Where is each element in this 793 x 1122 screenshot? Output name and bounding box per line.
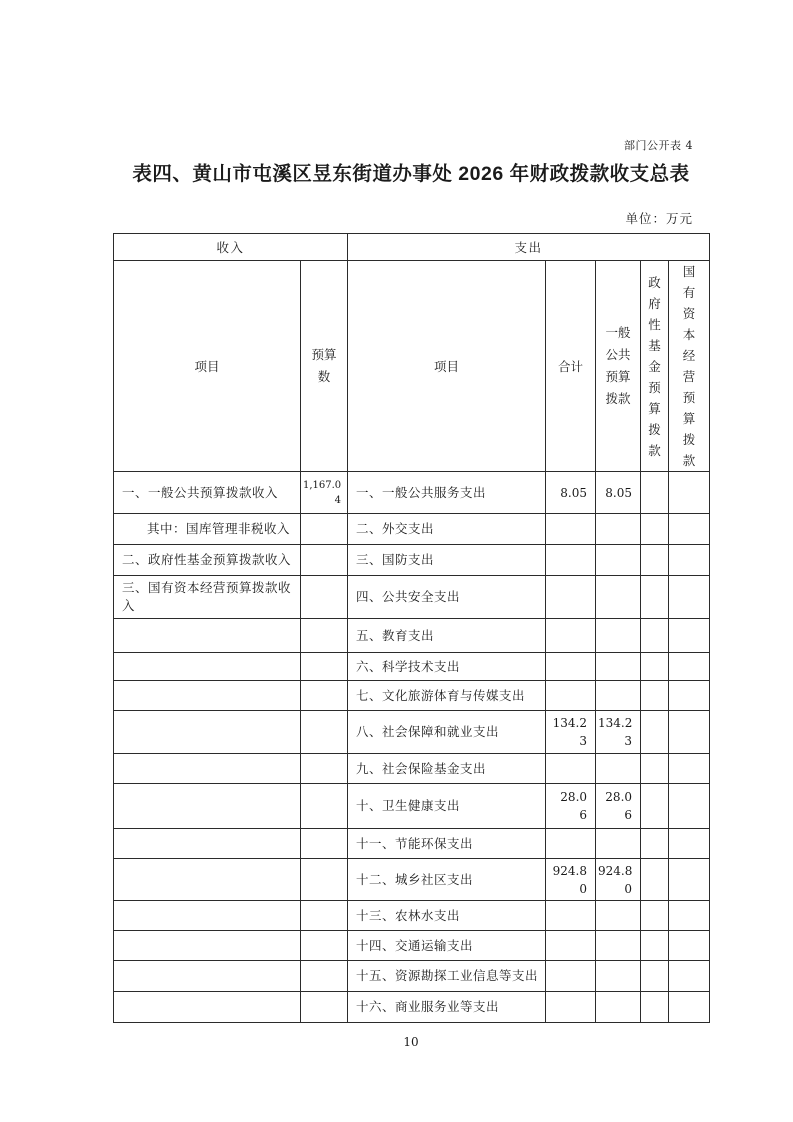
table-row: 六、科学技术支出 [114,653,710,681]
income-budget-cell [301,576,348,619]
table-row: 八、社会保障和就业支出134.23134.23 [114,711,710,754]
income-budget-cell [301,514,348,545]
exp-general-budget-cell [596,754,641,784]
exp-item-cell: 四、公共安全支出 [348,576,546,619]
income-item-cell: 三、国有资本经营预算拨款收入 [114,576,301,619]
exp-gov-fund-cell [641,472,669,514]
table-row: 十二、城乡社区支出924.80924.80 [114,859,710,901]
income-item-cell: 一、一般公共预算拨款收入 [114,472,301,514]
exp-total-cell [546,653,596,681]
exp-state-capital-cell [669,784,710,829]
exp-item-cell: 十五、资源勘探工业信息等支出 [348,961,546,992]
exp-item-cell: 三、国防支出 [348,545,546,576]
exp-total-cell [546,754,596,784]
income-item-cell [114,784,301,829]
col-header-income-item-label: 项目 [194,359,219,374]
income-budget-cell: 1,167.04 [301,472,348,514]
col-header-exp-state-capital-label: 国有资本经营预算拨款 [682,261,697,471]
exp-gov-fund-cell [641,961,669,992]
column-header-row: 项目 预算数 项目 合计 一般公共预算拨款 政府性基金预算拨 [114,261,710,472]
exp-state-capital-cell [669,514,710,545]
section-header-row: 收入 支出 [114,234,710,261]
exp-item-cell: 一、一般公共服务支出 [348,472,546,514]
exp-total-cell: 28.06 [546,784,596,829]
exp-item-cell: 十三、农林水支出 [348,901,546,931]
exp-gov-fund-cell [641,514,669,545]
exp-total-cell [546,931,596,961]
exp-gov-fund-cell [641,829,669,859]
exp-state-capital-cell [669,681,710,711]
exp-state-capital-cell [669,931,710,961]
exp-gov-fund-cell [641,681,669,711]
income-budget-cell [301,784,348,829]
income-budget-cell [301,829,348,859]
exp-item-cell: 七、文化旅游体育与传媒支出 [348,681,546,711]
exp-state-capital-cell [669,619,710,653]
exp-item-cell: 十二、城乡社区支出 [348,859,546,901]
exp-general-budget-cell: 134.23 [596,711,641,754]
income-item-cell [114,653,301,681]
col-header-income-item: 项目 [114,261,301,472]
table-row: 五、教育支出 [114,619,710,653]
col-header-exp-item-label: 项目 [434,359,459,374]
income-item-cell: 其中：国库管理非税收入 [114,514,301,545]
col-header-exp-gov-fund-label: 政府性基金预算拨款 [647,272,662,461]
page-title: 表四、黄山市屯溪区昱东街道办事处 2026 年财政拨款收支总表 [113,161,709,187]
exp-general-budget-cell: 8.05 [596,472,641,514]
col-header-exp-total: 合计 [546,261,596,472]
col-header-exp-general-label: 一般公共预算拨款 [604,322,633,410]
exp-item-cell: 十一、节能环保支出 [348,829,546,859]
exp-general-budget-cell [596,961,641,992]
income-item-cell [114,931,301,961]
income-item-cell [114,711,301,754]
income-budget-cell [301,961,348,992]
exp-total-cell [546,545,596,576]
income-item-cell [114,859,301,901]
table-row: 一、一般公共预算拨款收入1,167.04一、一般公共服务支出8.058.05 [114,472,710,514]
exp-total-cell [546,829,596,859]
income-item-cell [114,829,301,859]
exp-gov-fund-cell [641,754,669,784]
income-section-header: 收入 [114,234,348,261]
exp-general-budget-cell: 28.06 [596,784,641,829]
exp-total-cell [546,514,596,545]
exp-total-cell [546,619,596,653]
col-header-income-budget: 预算数 [301,261,348,472]
col-header-exp-gov-fund: 政府性基金预算拨款 [641,261,669,472]
exp-item-cell: 六、科学技术支出 [348,653,546,681]
content-area: 部门公开表 4 表四、黄山市屯溪区昱东街道办事处 2026 年财政拨款收支总表 … [113,0,709,1049]
exp-gov-fund-cell [641,576,669,619]
unit-note: 单位：万元 [113,211,709,226]
table-row: 十四、交通运输支出 [114,931,710,961]
income-item-cell [114,901,301,931]
exp-general-budget-cell [596,619,641,653]
table-row: 十一、节能环保支出 [114,829,710,859]
col-header-income-budget-label: 预算数 [310,344,339,388]
exp-state-capital-cell [669,754,710,784]
col-header-exp-state-capital: 国有资本经营预算拨款 [669,261,710,472]
exp-general-budget-cell [596,545,641,576]
income-budget-cell [301,711,348,754]
exp-item-cell: 十四、交通运输支出 [348,931,546,961]
exp-item-cell: 十、卫生健康支出 [348,784,546,829]
exp-general-budget-cell [596,514,641,545]
exp-general-budget-cell [596,576,641,619]
exp-state-capital-cell [669,901,710,931]
table-row: 三、国有资本经营预算拨款收入四、公共安全支出 [114,576,710,619]
exp-state-capital-cell [669,576,710,619]
exp-general-budget-cell [596,992,641,1023]
exp-total-cell [546,992,596,1023]
exp-state-capital-cell [669,653,710,681]
exp-total-cell [546,961,596,992]
table-row: 十五、资源勘探工业信息等支出 [114,961,710,992]
exp-state-capital-cell [669,829,710,859]
table-row: 十、卫生健康支出28.0628.06 [114,784,710,829]
expenditure-section-header: 支出 [348,234,710,261]
exp-gov-fund-cell [641,545,669,576]
income-budget-cell [301,931,348,961]
exp-gov-fund-cell [641,992,669,1023]
exp-gov-fund-cell [641,653,669,681]
exp-state-capital-cell [669,961,710,992]
table-row: 其中：国库管理非税收入二、外交支出 [114,514,710,545]
doc-tag: 部门公开表 4 [113,139,709,152]
income-budget-cell [301,619,348,653]
document-page: 部门公开表 4 表四、黄山市屯溪区昱东街道办事处 2026 年财政拨款收支总表 … [0,0,793,1122]
exp-state-capital-cell [669,711,710,754]
exp-item-cell: 八、社会保障和就业支出 [348,711,546,754]
table-row: 十三、农林水支出 [114,901,710,931]
income-item-cell [114,681,301,711]
col-header-exp-item: 项目 [348,261,546,472]
table-row: 十六、商业服务业等支出 [114,992,710,1023]
exp-gov-fund-cell [641,859,669,901]
income-budget-cell [301,545,348,576]
income-item-cell [114,992,301,1023]
income-item-cell [114,754,301,784]
exp-state-capital-cell [669,859,710,901]
exp-item-cell: 五、教育支出 [348,619,546,653]
income-budget-cell [301,992,348,1023]
income-item-cell [114,961,301,992]
exp-total-cell [546,901,596,931]
exp-gov-fund-cell [641,931,669,961]
exp-state-capital-cell [669,992,710,1023]
page-number: 10 [113,1035,709,1049]
exp-item-cell: 十六、商业服务业等支出 [348,992,546,1023]
exp-gov-fund-cell [641,784,669,829]
exp-gov-fund-cell [641,711,669,754]
exp-item-cell: 九、社会保险基金支出 [348,754,546,784]
exp-total-cell: 924.80 [546,859,596,901]
exp-state-capital-cell [669,545,710,576]
exp-gov-fund-cell [641,901,669,931]
exp-gov-fund-cell [641,619,669,653]
income-budget-cell [301,901,348,931]
exp-general-budget-cell: 924.80 [596,859,641,901]
table-row: 九、社会保险基金支出 [114,754,710,784]
budget-table: 收入 支出 项目 预算数 项目 合计 [113,233,710,1023]
exp-total-cell: 8.05 [546,472,596,514]
exp-total-cell: 134.23 [546,711,596,754]
exp-general-budget-cell [596,901,641,931]
table-row: 二、政府性基金预算拨款收入三、国防支出 [114,545,710,576]
income-budget-cell [301,681,348,711]
income-budget-cell [301,754,348,784]
exp-state-capital-cell [669,472,710,514]
exp-general-budget-cell [596,653,641,681]
income-item-cell: 二、政府性基金预算拨款收入 [114,545,301,576]
exp-total-cell [546,576,596,619]
exp-item-cell: 二、外交支出 [348,514,546,545]
income-budget-cell [301,653,348,681]
col-header-exp-total-label: 合计 [558,359,583,374]
exp-total-cell [546,681,596,711]
exp-general-budget-cell [596,681,641,711]
income-budget-cell [301,859,348,901]
col-header-exp-general-budget: 一般公共预算拨款 [596,261,641,472]
table-row: 七、文化旅游体育与传媒支出 [114,681,710,711]
exp-general-budget-cell [596,829,641,859]
exp-general-budget-cell [596,931,641,961]
income-item-cell [114,619,301,653]
